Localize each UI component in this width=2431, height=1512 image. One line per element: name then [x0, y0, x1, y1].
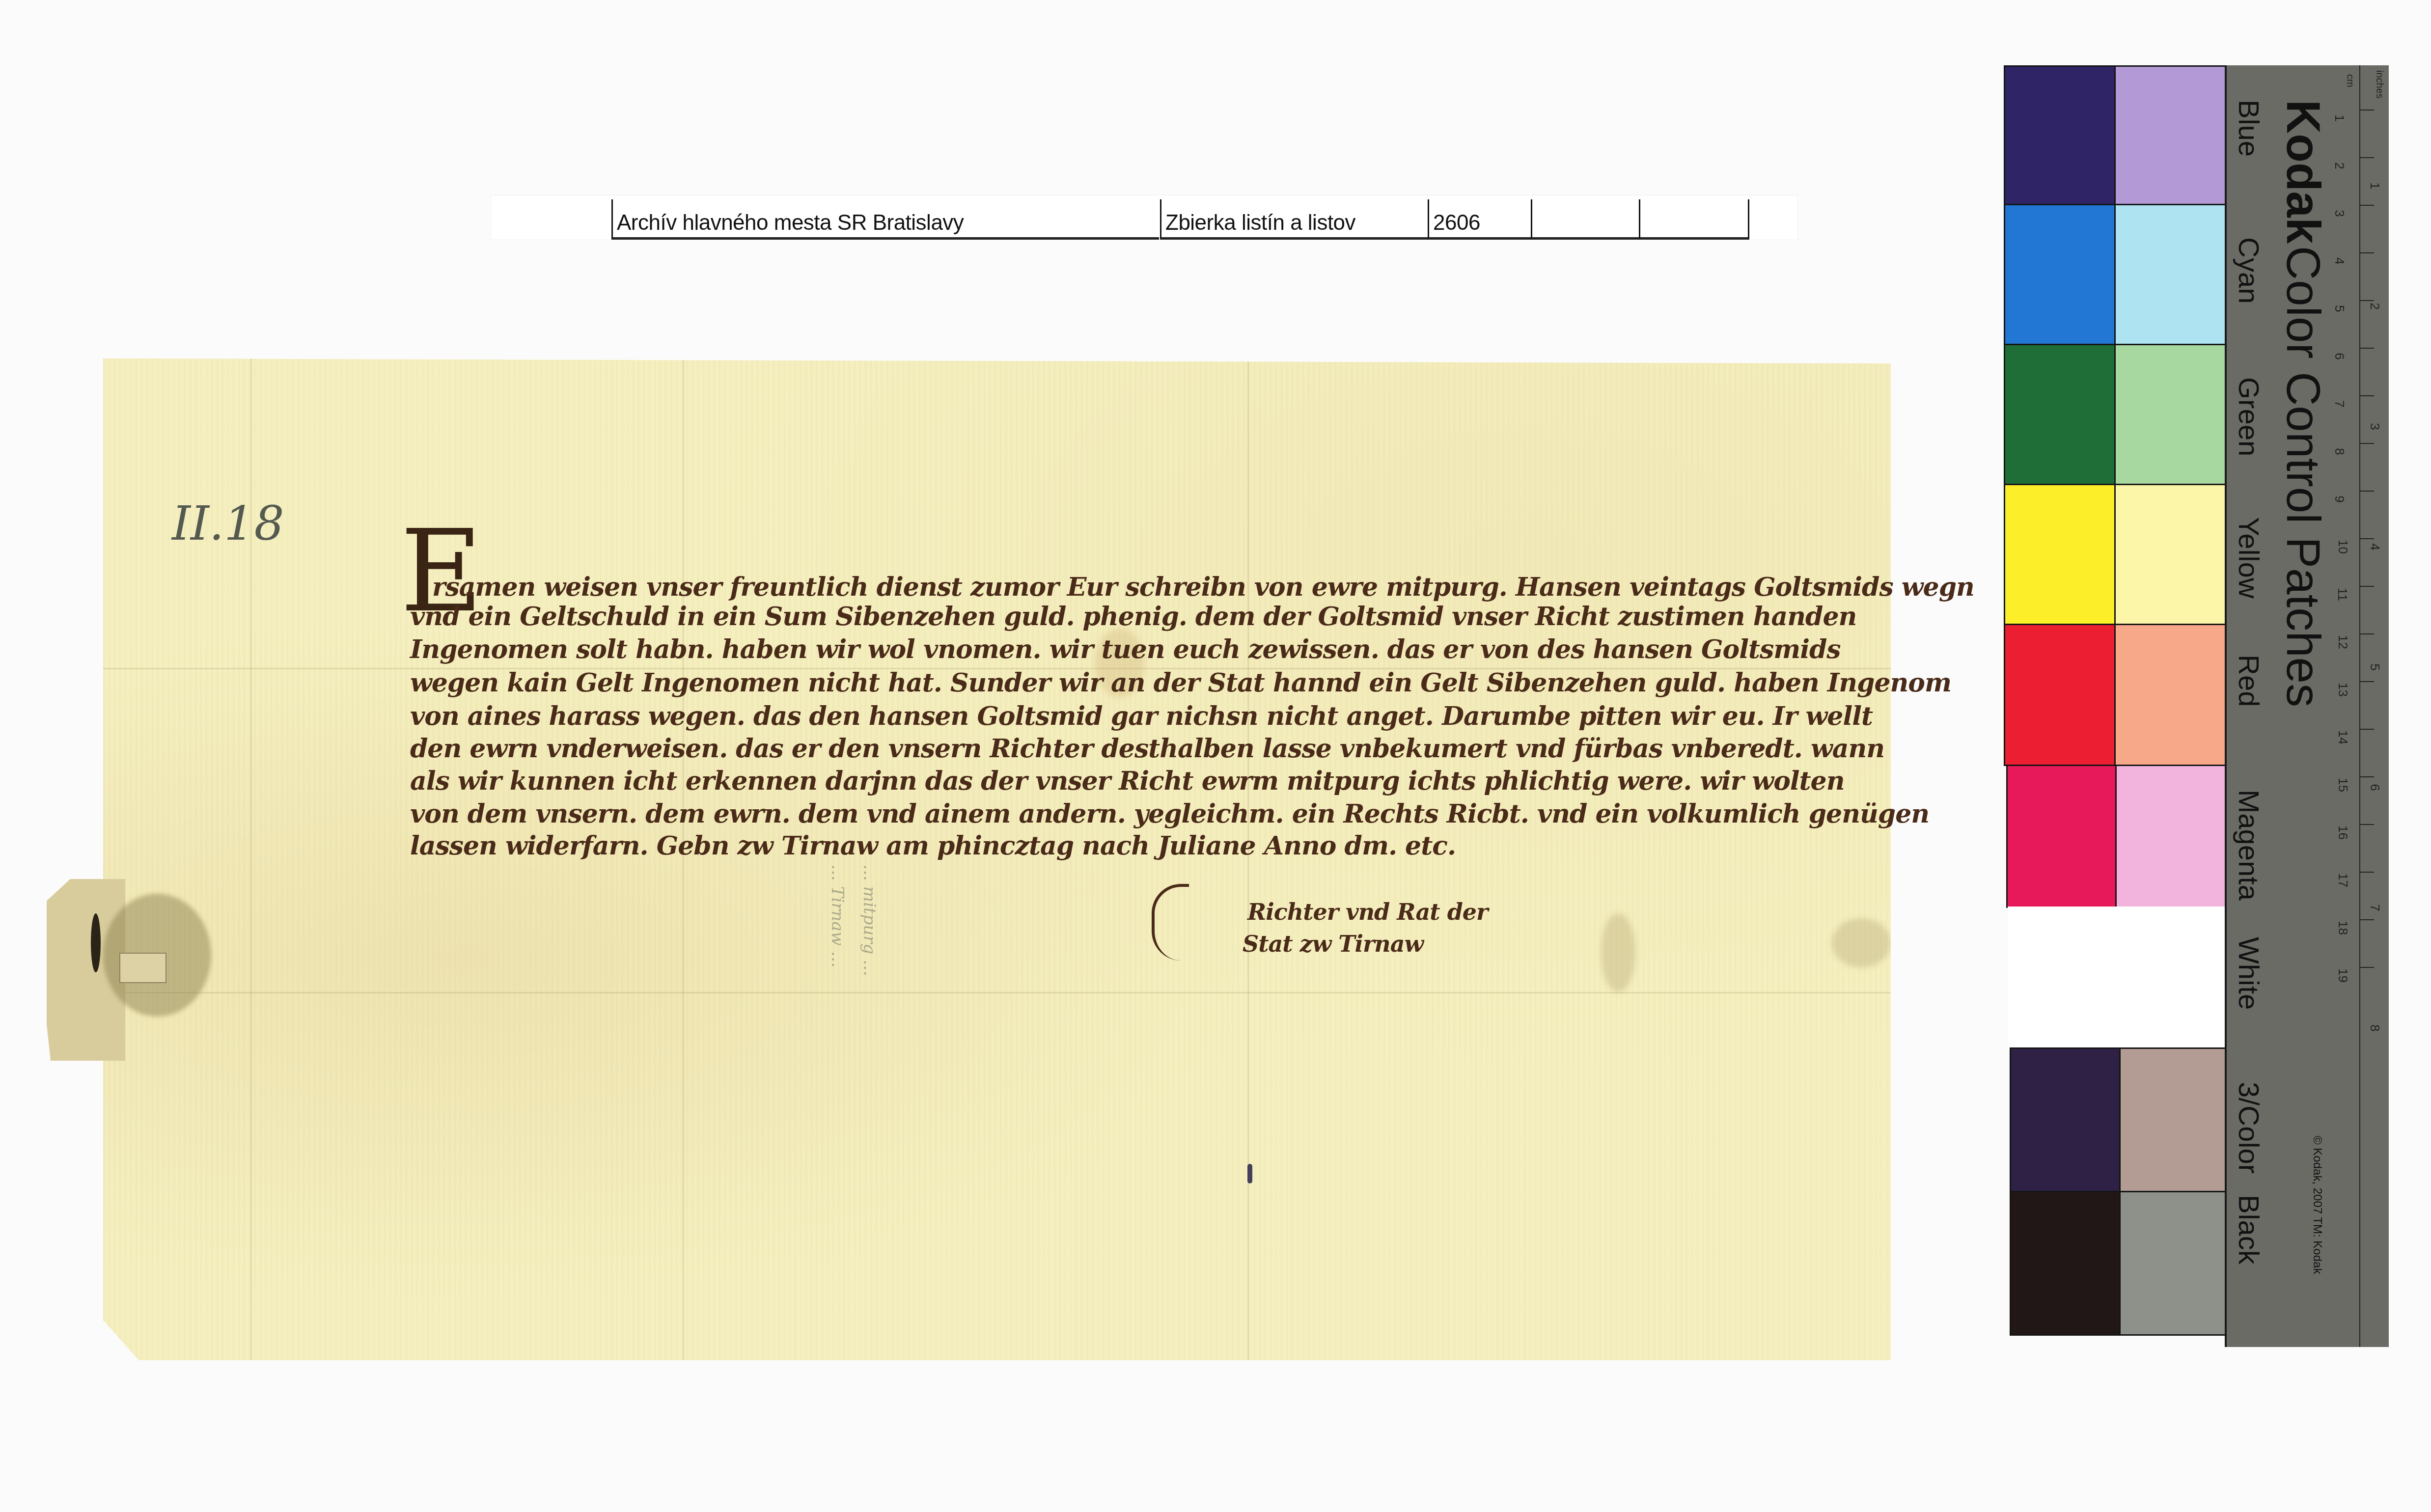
- patch-label-blue: Blue: [2232, 100, 2265, 157]
- ruler-cm-label: 18: [2335, 921, 2350, 935]
- ruler-cm-label: 3: [2332, 210, 2347, 217]
- letter-text-line: lassen widerfarn. Gebn zw Tirnaw am phin…: [410, 831, 1456, 861]
- stain: [1601, 913, 1635, 992]
- patch-red-dark: [2004, 624, 2116, 766]
- archive-number-cell: 2606: [1428, 199, 1531, 240]
- ruler-tick: [2359, 252, 2374, 253]
- ruler-cm-label: 12: [2335, 635, 2350, 649]
- patch-label-green: Green: [2232, 377, 2265, 456]
- patch-blue-light: [2114, 65, 2227, 205]
- patch-3color-light: [2119, 1047, 2230, 1192]
- ruler-cm-label: 14: [2335, 730, 2350, 744]
- patch-label-magenta: Magenta: [2232, 790, 2265, 901]
- letter-text-line: wegen kain Gelt Ingenomen nicht hat. Sun…: [410, 668, 1951, 698]
- signature-line: Stat zw Tirnaw: [1243, 931, 1423, 957]
- patch-black-light: [2119, 1191, 2230, 1336]
- ruler-tick: [2359, 157, 2374, 158]
- patch-3color-dark: [2010, 1047, 2121, 1192]
- ruler-cm-label: 17: [2335, 873, 2350, 887]
- letter-text-line: Ingenomen solt habn. haben wir wol vnome…: [410, 634, 1841, 664]
- letter-text-line: rsamen weisen vnser freuntlich dienst zu…: [432, 572, 1974, 602]
- ruler-tick: [2359, 395, 2374, 396]
- ruler-inch-label: 4: [2367, 543, 2382, 550]
- ruler-inch-label: 2: [2367, 302, 2382, 309]
- ruler-tick: [2359, 491, 2374, 492]
- kodak-chart-title: Color Control Patches: [2277, 246, 2329, 707]
- letter-text-line: vnd ein Geltschuld in ein Sum Sibenzehen…: [410, 602, 1856, 632]
- ruler-tick: [2359, 300, 2374, 301]
- ruler-inch-label: 8: [2367, 1024, 2382, 1031]
- patch-label-white: White: [2232, 937, 2265, 1010]
- ruler-tick: [2359, 729, 2374, 730]
- patch-red-light: [2114, 624, 2227, 766]
- patch-black-dark: [2010, 1191, 2121, 1336]
- seal-slit: [119, 953, 166, 983]
- letter-text-line: von aines harass wegen. das den hansen G…: [410, 701, 1873, 731]
- patch-yellow-light: [2114, 484, 2227, 625]
- ruler-cm-label: 11: [2335, 588, 2350, 601]
- ruler-cm-label: 9: [2332, 495, 2347, 502]
- verso-note: … mitpurg …: [859, 864, 879, 976]
- ruler-tick: [2359, 205, 2374, 206]
- archive-empty-cell: [1531, 199, 1639, 240]
- archive-collection-cell: Zbierka listín a listov: [1160, 199, 1428, 240]
- ruler-tick: [2359, 776, 2374, 777]
- patch-label-3color: 3/Color: [2232, 1082, 2265, 1174]
- patch-magenta-light: [2115, 765, 2228, 908]
- patch-yellow-dark: [2004, 484, 2116, 625]
- patch-green-dark: [2004, 344, 2116, 485]
- kodak-brand: Kodak: [2277, 100, 2329, 244]
- patch-magenta-dark: [2006, 765, 2117, 908]
- ruler-cm-label: 10: [2335, 540, 2350, 554]
- stain: [1832, 918, 1891, 967]
- ruler-cm-label: 5: [2332, 305, 2347, 312]
- letter-text-line: als wir kunnen icht erkennen darjnn das …: [410, 766, 1844, 796]
- ruler-tick: [2359, 872, 2374, 873]
- kodak-label-band: Kodak Color Control Patches Blue Cyan Gr…: [2225, 65, 2389, 1347]
- ruler-unit-inches: inches: [2374, 70, 2385, 99]
- ruler-unit-cm: cm: [2344, 74, 2355, 87]
- ruler-cm-label: 16: [2335, 825, 2350, 840]
- letter-text-line: den ewrn vnderweisen. das er den vnsern …: [410, 734, 1884, 764]
- letter-text-line: von dem vnsern. dem ewrn. dem vnd ainem …: [410, 799, 1929, 829]
- patch-label-cyan: Cyan: [2232, 237, 2265, 303]
- patch-cyan-light: [2114, 204, 2227, 345]
- ruler-tick: [2359, 633, 2374, 634]
- ruler-tick: [2359, 586, 2374, 587]
- ruler-cm-label: 2: [2332, 162, 2347, 169]
- patch-label-black: Black: [2232, 1195, 2265, 1265]
- ruler-inch-label: 7: [2367, 904, 2382, 911]
- kodak-title: Kodak Color Control Patches: [2276, 100, 2330, 707]
- kodak-color-chart: Kodak Color Control Patches Blue Cyan Gr…: [2004, 65, 2387, 1347]
- signature-line: Richter vnd Rat der: [1247, 899, 1488, 925]
- ruler-inch-label: 3: [2367, 423, 2382, 430]
- ruler-cm-label: 7: [2332, 400, 2347, 407]
- shelfmark-annotation: II.18: [172, 496, 284, 551]
- ruler: cm inches 1 2 3 4 5 6 7 8 9 10 11 12: [2359, 65, 2390, 1347]
- fold-line: [103, 992, 1891, 993]
- needle-hole: [1247, 1164, 1252, 1183]
- ruler-cm-label: 4: [2332, 257, 2347, 264]
- ruler-cm-label: 15: [2335, 778, 2350, 792]
- ruler-cm-label: 6: [2332, 353, 2347, 359]
- ruler-tick: [2359, 681, 2374, 682]
- ruler-tick: [2359, 919, 2374, 920]
- ruler-tick: [2359, 824, 2374, 825]
- patch-blue-dark: [2004, 65, 2116, 205]
- patch-label-yellow: Yellow: [2232, 517, 2265, 599]
- ruler-tick: [2359, 348, 2374, 349]
- ruler-tick: [2359, 443, 2374, 444]
- ruler-tick: [2359, 110, 2374, 110]
- patch-cyan-dark: [2004, 204, 2116, 345]
- ruler-inch-label: 5: [2367, 663, 2382, 670]
- color-patch-grid: [2004, 65, 2227, 1347]
- ruler-cm-label: 1: [2332, 114, 2347, 121]
- ruler-tick: [2359, 967, 2374, 968]
- archive-institution-cell: Archív hlavného mesta SR Bratislavy: [611, 199, 1159, 240]
- patch-white: [2008, 907, 2229, 1049]
- ruler-cm-label: 8: [2332, 448, 2347, 455]
- ruler-inch-label: 6: [2367, 784, 2382, 791]
- patch-green-light: [2114, 344, 2227, 485]
- archive-label-table: Archív hlavného mesta SR Bratislavy Zbie…: [491, 195, 1797, 240]
- seal-tear: [91, 913, 101, 972]
- kodak-copyright: © Kodak, 2007 TM: Kodak: [2310, 1136, 2324, 1274]
- verso-note: … Tirnaw …: [828, 864, 847, 968]
- patch-label-red: Red: [2232, 655, 2265, 707]
- ruler-tick: [2359, 538, 2374, 539]
- ruler-cm-label: 19: [2335, 968, 2350, 983]
- ruler-cm-label: 13: [2335, 683, 2350, 697]
- ruler-inch-label: 1: [2367, 182, 2382, 189]
- archive-empty-cell: [1639, 199, 1749, 240]
